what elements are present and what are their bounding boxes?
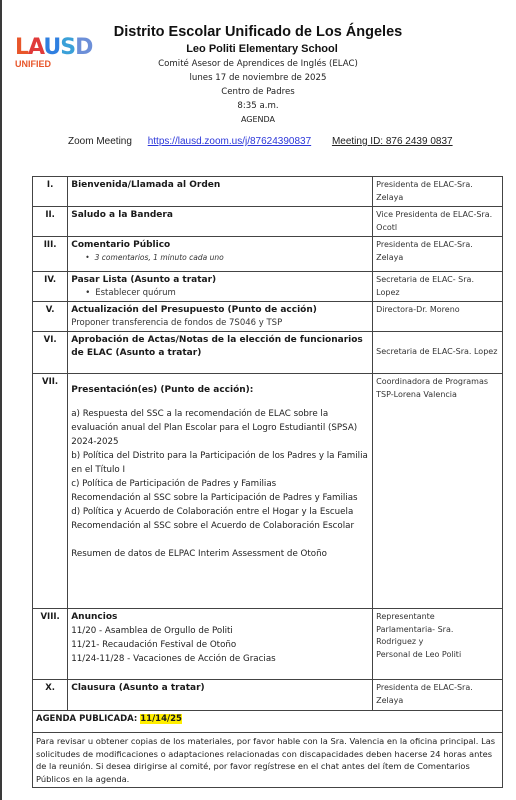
item-cell: Clausura (Asunto a tratar) [68, 680, 373, 711]
item-description: Proponer transferencia de fondos de 7S04… [71, 317, 369, 330]
presentation-line: Recomendación al SSC sobre la Participac… [71, 491, 369, 505]
item-number: VII. [33, 374, 68, 609]
presenter-line: Representante [376, 611, 499, 624]
item-title: Comentario Público [71, 239, 369, 252]
item-cell: Pasar Lista (Asunto a tratar) Establecer… [68, 272, 373, 302]
table-row: VI. Aprobación de Actas/Notas de la elec… [33, 332, 503, 374]
announcement: 11/20 - Asamblea de Orgullo de Politi [71, 624, 369, 638]
committee-name: Comité Asesor de Aprendices de Inglés (E… [0, 59, 516, 69]
presenter-text: Coordinadora de Programas TSP-Lorena Val… [376, 377, 488, 399]
presenter-line: Personal de Leo Politi [376, 649, 499, 662]
item-number: III. [33, 237, 68, 272]
table-row: II. Saludo a la Bandera Vice Presidenta … [33, 207, 503, 237]
presentation-line: b) Política del Distrito para la Partici… [71, 449, 369, 477]
presenter: Vice Presidenta de ELAC-Sra. Ocotl [373, 207, 503, 237]
item-title: Pasar Lista (Asunto a tratar) [71, 274, 369, 287]
item-number: V. [33, 302, 68, 332]
item-title: Clausura (Asunto a tratar) [71, 683, 204, 693]
footer-note: Para revisar u obtener copias de los mat… [33, 733, 503, 788]
agenda-table: I. Bienvenida/Llamada al Orden President… [32, 176, 503, 788]
table-row: IV. Pasar Lista (Asunto a tratar) Establ… [33, 272, 503, 302]
item-number: X. [33, 680, 68, 711]
zoom-info: Zoom Meeting https://lausd.zoom.us/j/876… [68, 136, 453, 147]
item-number: VIII. [33, 609, 68, 680]
item-title: Actualización del Presupuesto (Punto de … [71, 304, 369, 317]
presentation-line: d) Política y Acuerdo de Colaboración en… [71, 505, 369, 519]
district-title: Distrito Escolar Unificado de Los Ángele… [0, 24, 516, 40]
presenter-line: Parlamentaria- Sra. [376, 624, 499, 637]
item-bullet: 3 comentarios, 1 minuto cada uno [71, 252, 369, 265]
presenter: Coordinadora de Programas TSP-Lorena Val… [373, 374, 503, 609]
item-cell: Presentación(es) (Punto de acción): a) R… [68, 374, 373, 609]
presenter: Secretaria de ELAC-Sra. Lopez [373, 332, 503, 374]
presentation-line: Recomendación al SSC sobre el Acuerdo de… [71, 519, 369, 533]
item-cell: Bienvenida/Llamada al Orden [68, 177, 373, 207]
item-cell: Saludo a la Bandera [68, 207, 373, 237]
announcement: 11/21- Recaudación Festival de Otoño [71, 638, 369, 652]
school-name: Leo Politi Elementary School [4, 43, 516, 55]
item-title: Saludo a la Bandera [71, 210, 173, 220]
zoom-link[interactable]: https://lausd.zoom.us/j/87624390837 [148, 136, 311, 147]
meeting-id: Meeting ID: 876 2439 0837 [332, 136, 453, 147]
presenter: Presidenta de ELAC-Sra. Zelaya [373, 177, 503, 207]
item-number: I. [33, 177, 68, 207]
meeting-date: lunes 17 de noviembre de 2025 [0, 73, 516, 83]
presenter: Presidenta de ELAC-Sra. Zelaya [373, 680, 503, 711]
table-row: VII. Presentación(es) (Punto de acción):… [33, 374, 503, 609]
table-row: III. Comentario Público 3 comentarios, 1… [33, 237, 503, 272]
item-title: Presentación(es) (Punto de acción): [71, 384, 369, 397]
presenter-line: Rodriguez y [376, 636, 499, 649]
item-number: VI. [33, 332, 68, 374]
item-title: Bienvenida/Llamada al Orden [71, 180, 220, 190]
item-title: Aprobación de Actas/Notas de la elección… [71, 334, 369, 359]
item-cell: Comentario Público 3 comentarios, 1 minu… [68, 237, 373, 272]
presentation-line: Resumen de datos de ELPAC Interim Assess… [71, 547, 369, 561]
table-row: VIII. Anuncios 11/20 - Asamblea de Orgul… [33, 609, 503, 680]
published-label: AGENDA PUBLICADA: [36, 714, 137, 724]
item-number: II. [33, 207, 68, 237]
item-title: Anuncios [71, 611, 369, 624]
footer-row: Para revisar u obtener copias de los mat… [33, 733, 503, 788]
item-bullet: Establecer quórum [71, 287, 369, 300]
zoom-label: Zoom Meeting [68, 136, 132, 147]
item-cell: Aprobación de Actas/Notas de la elección… [68, 332, 373, 374]
meeting-place: Centro de Padres [0, 87, 516, 97]
item-cell: Anuncios 11/20 - Asamblea de Orgullo de … [68, 609, 373, 680]
presentation-line: a) Respuesta del SSC a la recomendación … [71, 407, 369, 449]
table-row: V. Actualización del Presupuesto (Punto … [33, 302, 503, 332]
published-cell: AGENDA PUBLICADA: 11/14/25 [33, 711, 503, 733]
published-row: AGENDA PUBLICADA: 11/14/25 [33, 711, 503, 733]
table-row: I. Bienvenida/Llamada al Orden President… [33, 177, 503, 207]
presenter-text: Secretaria de ELAC-Sra. Lopez [376, 347, 497, 356]
published-date: 11/14/25 [140, 714, 182, 724]
table-row: X. Clausura (Asunto a tratar) Presidenta… [33, 680, 503, 711]
presenter: Representante Parlamentaria- Sra. Rodrig… [373, 609, 503, 680]
item-number: IV. [33, 272, 68, 302]
presentation-line: c) Política de Participación de Padres y… [71, 477, 369, 491]
meeting-time: 8:35 a.m. [0, 101, 516, 111]
doc-type: AGENDA [0, 115, 516, 124]
presenter: Secretaria de ELAC- Sra. Lopez [373, 272, 503, 302]
item-cell: Actualización del Presupuesto (Punto de … [68, 302, 373, 332]
presenter: Directora-Dr. Moreno [373, 302, 503, 332]
announcement: 11/24-11/28 - Vacaciones de Acción de Gr… [71, 652, 369, 666]
presenter: Presidenta de ELAC-Sra. Zelaya [373, 237, 503, 272]
